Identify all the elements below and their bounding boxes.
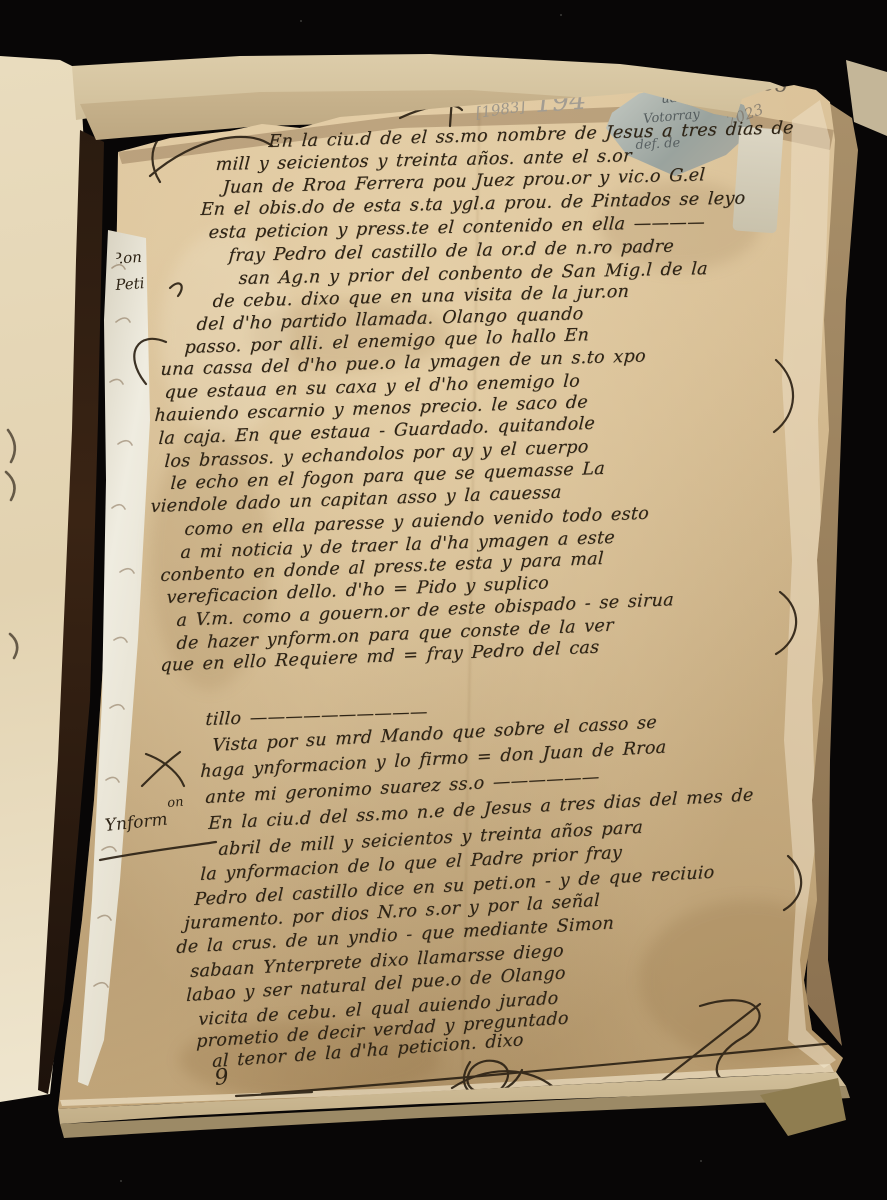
informacion-underline — [100, 842, 216, 860]
ink-flourishes — [0, 0, 887, 1200]
right-bracket — [774, 360, 793, 432]
margin-x-flourish — [146, 754, 184, 786]
peticion-flourish — [170, 283, 182, 296]
dust-speck — [700, 1160, 702, 1162]
dust-speck — [120, 1180, 122, 1182]
right-bracket — [784, 856, 801, 910]
photograph-of-manuscript: ua d Votorray def. de [1983] 194 4368 70… — [0, 0, 887, 1200]
right-bracket — [776, 592, 796, 654]
dust-speck — [300, 20, 302, 22]
initial-v-swash — [134, 339, 166, 384]
page-content: ua d Votorray def. de [1983] 194 4368 70… — [0, 0, 887, 1200]
dust-speck — [560, 14, 562, 16]
